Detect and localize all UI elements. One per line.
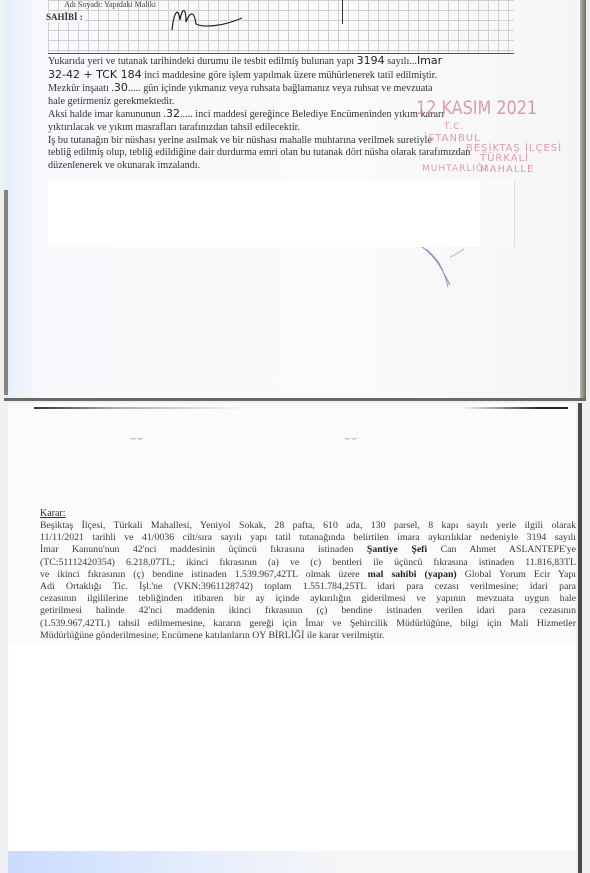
- decision-line: 11/11/2021 tarihli ve 41/0036 cilt/sıra …: [40, 532, 576, 544]
- page-edge-shadow: [4, 190, 8, 395]
- handwritten-value: 3194: [357, 55, 385, 67]
- decision-line: Müdürlüğüne gönderilmesine; Encümene kat…: [40, 630, 576, 642]
- handwritten-value: İmar: [417, 55, 442, 67]
- ink-scribble-icon: [420, 245, 470, 290]
- decision-line: (TC:51112420354) 6.218,07TL; ikinci fıkr…: [40, 557, 576, 569]
- notice-line: Mezkür inşaatı .30..... gün içinde yıkma…: [48, 82, 518, 96]
- notice-line: Yukarıda yeri ve tutanak tarihindeki dur…: [48, 55, 518, 69]
- bottom-document-page: ⌣⌣ ⌣⌣ Karar: Beşiktaş İlçesi, Türkali Ma…: [8, 403, 576, 873]
- decision-line: cezasının ilgililerine tebliğinden itiba…: [40, 593, 576, 605]
- decision-title: Karar:: [40, 508, 66, 519]
- handwritten-value: 30: [114, 82, 128, 94]
- date-stamp: 12 KASIM 2021: [416, 97, 537, 119]
- decision-line: getirilmesi halinde 42'nci maddenin ikin…: [40, 605, 576, 617]
- notice-line: 32-42 + TCK 184 inci maddesine göre işle…: [48, 69, 518, 83]
- decision-line: Adi Ortaklığı Tic. İşl.'ne (VKN:39611287…: [40, 581, 576, 593]
- page-fold-line: [34, 407, 568, 409]
- stamp-line: TÜRKALİ MAHALLE: [480, 153, 586, 175]
- decision-line: İmar Kanunu'nun 42'nci maddesinin üçüncü…: [40, 544, 576, 556]
- page-edge-shadow: [578, 403, 582, 873]
- notice-line: tebliğ edilmiş olup, tebliğ edildiğine d…: [48, 147, 518, 160]
- decision-line: Beşiktaş İlçesi, Türkali Mahallesi, Yeni…: [40, 520, 576, 532]
- photo-background: [8, 851, 576, 873]
- sahibi-label: SAHİBİ :: [46, 12, 85, 22]
- faint-mark: ⌣⌣: [344, 433, 357, 444]
- redaction-block: [48, 180, 480, 247]
- grid-divider: [342, 0, 343, 24]
- top-document-page: Adı Soyadı: Yapıdaki Maliki SAHİBİ : Yuk…: [4, 0, 586, 401]
- decision-text: Beşiktaş İlçesi, Türkali Mahallesi, Yeni…: [40, 520, 576, 642]
- owner-label: Adı Soyadı: Yapıdaki Maliki: [64, 0, 156, 9]
- signature-icon: [164, 2, 254, 34]
- decision-line: (1.539.967,42TL) tahsil edilmemesine, ka…: [40, 618, 576, 630]
- handwritten-value: 32-42 + TCK 184: [48, 69, 142, 81]
- stamp-line: T.C.: [444, 122, 464, 132]
- decision-line: ve ikinci fıkrasının (ç) bendine istinad…: [40, 569, 576, 581]
- stamp-line: MUHTARLIĞI: [422, 164, 488, 174]
- page-edge-shadow: [580, 0, 586, 398]
- redaction-block: [8, 643, 576, 851]
- handwritten-value: 32: [166, 108, 180, 120]
- faint-mark: ⌣⌣: [130, 433, 143, 444]
- redaction-block: [480, 180, 515, 247]
